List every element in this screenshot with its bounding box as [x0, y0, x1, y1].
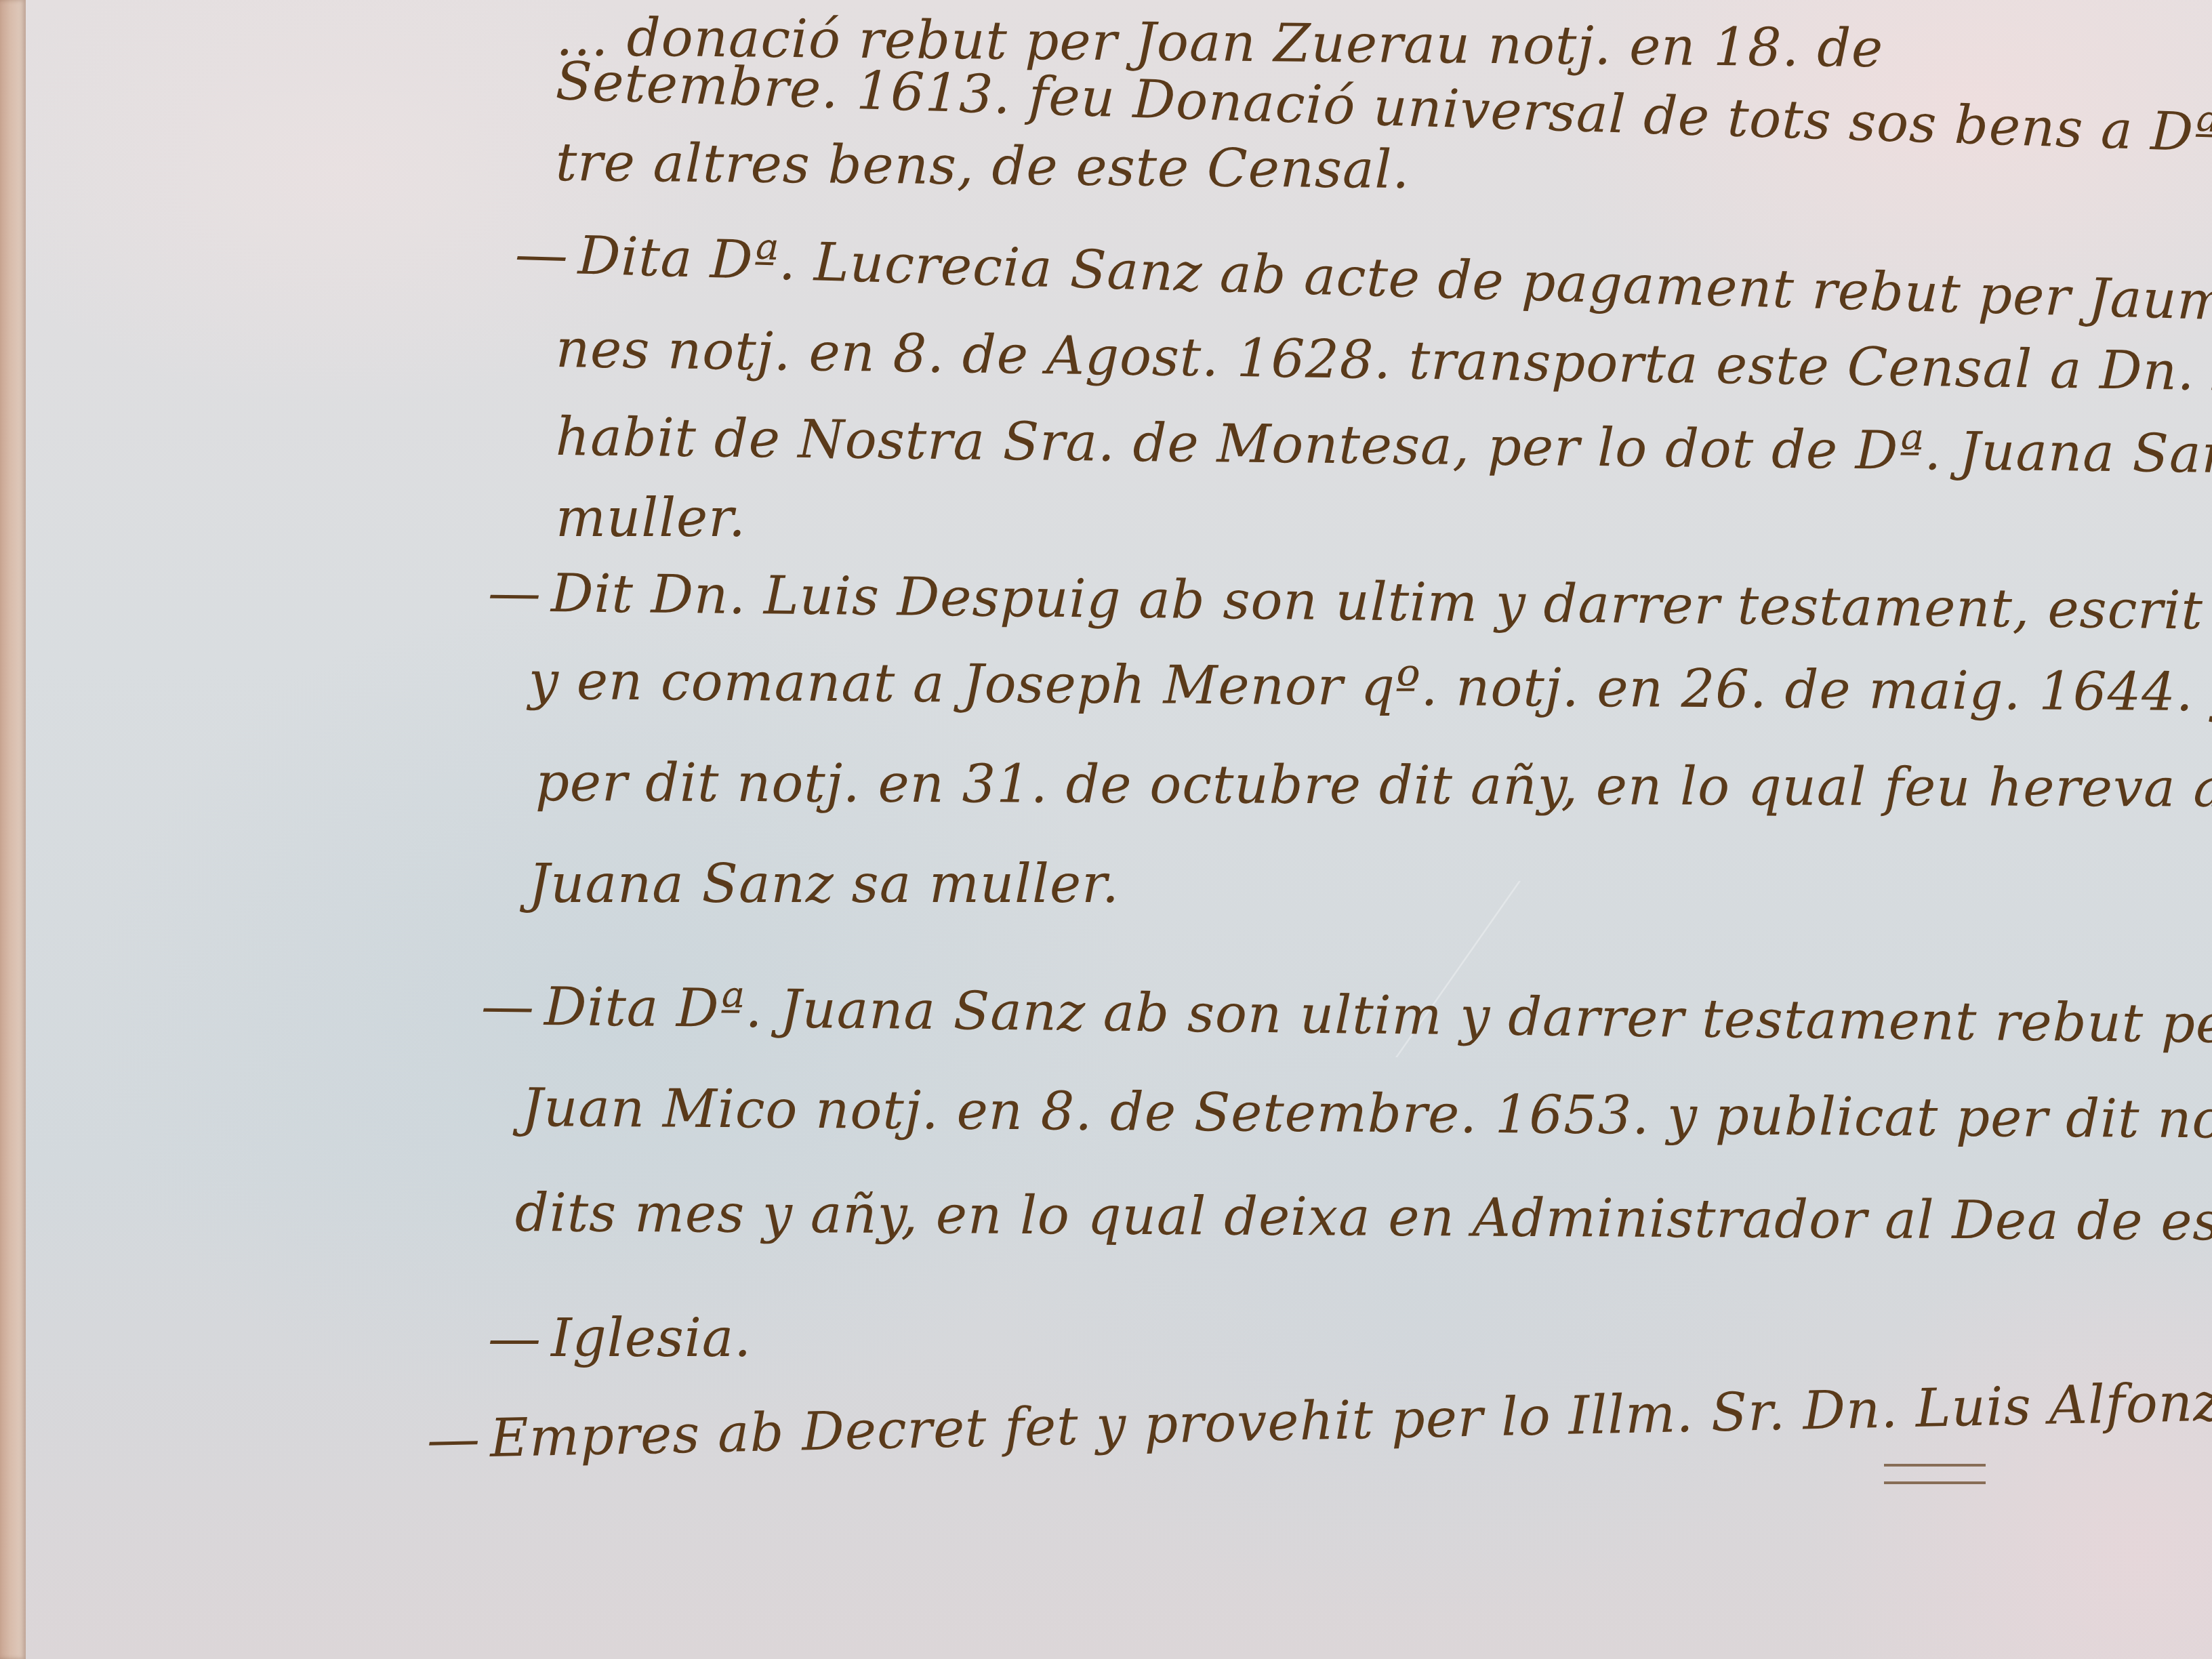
manuscript-line: —Empres ab Decret fet y provehit per lo … — [426, 1362, 2212, 1471]
manuscript-line: Juana Sanz sa muller. — [529, 854, 1120, 915]
manuscript-line-text: Dit Dn. Luis Despuig ab son ultim y darr… — [551, 563, 2212, 645]
manuscript-line: muller. — [556, 488, 746, 549]
entry-dash-mark: — — [488, 562, 542, 624]
manuscript-line-text: Empres ab Decret fet y provehit per lo I… — [489, 1362, 2212, 1469]
manuscript-line-text: Juana Sanz sa muller. — [529, 854, 1120, 915]
entry-dash-mark: — — [514, 224, 569, 286]
manuscript-line-text: nes notj. en 8. de Agost. 1628. transpor… — [555, 319, 2212, 409]
closing-double-rule — [1884, 1464, 1986, 1484]
manuscript-line-text: habit de Nostra Sra. de Montesa, per lo … — [556, 407, 2212, 487]
manuscript-line: —Dit Dn. Luis Despuig ab son ultim y dar… — [488, 562, 2212, 645]
manuscript-line: nes notj. en 8. de Agost. 1628. transpor… — [555, 319, 2212, 409]
manuscript-page: … donació rebut per Joan Zuerau notj. en… — [0, 0, 2212, 1659]
manuscript-line-text: tre altres bens, de este Censal. — [556, 132, 1410, 201]
entry-dash-mark: — — [426, 1408, 481, 1471]
manuscript-line: —Dita Dª. Juana Sanz ab son ultim y darr… — [481, 976, 2212, 1058]
manuscript-line-text: per dit notj. en 31. de octubre dit añy,… — [535, 752, 2212, 819]
manuscript-line-text: Dita Dª. Juana Sanz ab son ultim y darre… — [544, 977, 2212, 1058]
manuscript-line: habit de Nostra Sra. de Montesa, per lo … — [556, 407, 2212, 487]
manuscript-line-text: dits mes y añy, en lo qual deixa en Admi… — [515, 1183, 2212, 1253]
manuscript-line: per dit notj. en 31. de octubre dit añy,… — [535, 752, 2212, 819]
manuscript-line: Juan Mico notj. en 8. de Setembre. 1653.… — [522, 1078, 2212, 1153]
entry-dash-mark: — — [481, 976, 535, 1038]
entry-dash-mark: — — [488, 1308, 541, 1369]
book-binding-edge — [0, 0, 26, 1659]
manuscript-line: y en comanat a Joseph Menor qº. notj. en… — [529, 651, 2212, 725]
manuscript-line-text: Juan Mico notj. en 8. de Setembre. 1653.… — [522, 1078, 2212, 1153]
manuscript-line-text: Iglesia. — [551, 1308, 752, 1369]
manuscript-line: —Iglesia. — [488, 1308, 752, 1369]
manuscript-line-text: y en comanat a Joseph Menor qº. notj. en… — [529, 651, 2212, 725]
manuscript-line-text: muller. — [556, 488, 746, 549]
manuscript-line: tre altres bens, de este Censal. — [556, 132, 1410, 201]
manuscript-line: dits mes y añy, en lo qual deixa en Admi… — [515, 1183, 2212, 1253]
